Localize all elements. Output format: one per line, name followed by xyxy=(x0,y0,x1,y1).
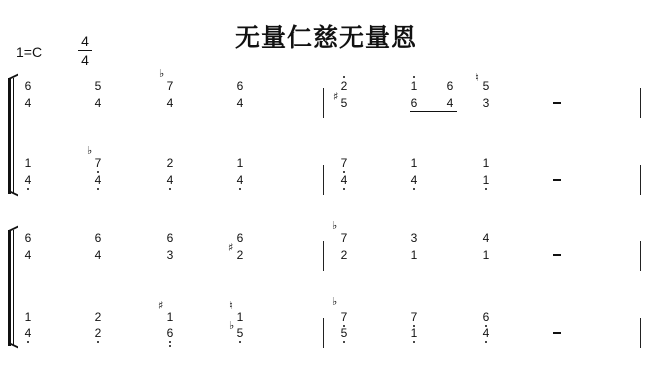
note: 4 xyxy=(234,97,246,109)
octave-dot-icon xyxy=(239,188,241,190)
octave-dot-icon xyxy=(485,188,487,190)
note: 5 xyxy=(92,80,104,92)
note-low: 1 xyxy=(480,174,492,186)
note-low: 7 xyxy=(408,311,420,323)
note-low: 5 xyxy=(338,327,350,339)
note: 3 xyxy=(480,97,492,109)
sustain-dash xyxy=(553,179,561,181)
flat-icon: ♭ xyxy=(332,296,337,307)
octave-dot-icon xyxy=(97,188,99,190)
note-low: 4 xyxy=(408,174,420,186)
flat-icon: ♭ xyxy=(87,145,92,156)
barline xyxy=(323,241,324,271)
note-low: 4 xyxy=(92,174,104,186)
note: 2 xyxy=(92,311,104,323)
note: 1 xyxy=(22,311,34,323)
note: 1 xyxy=(480,249,492,261)
barline xyxy=(323,165,324,195)
note: 5 xyxy=(338,97,350,109)
octave-dot-icon xyxy=(97,341,99,343)
note: 1 xyxy=(408,157,420,169)
note: 6 xyxy=(22,232,34,244)
time-signature-bottom: 4 xyxy=(78,52,92,68)
octave-dot-icon xyxy=(485,341,487,343)
octave-dot-icon xyxy=(413,188,415,190)
note-high: 1 xyxy=(408,80,420,92)
note-low: 4 xyxy=(22,327,34,339)
song-title: 无量仁慈无量恩 xyxy=(0,18,652,54)
flat-icon: ♭ xyxy=(159,68,164,79)
note-low: 4 xyxy=(22,174,34,186)
sustain-dash xyxy=(553,254,561,256)
note: 4 xyxy=(444,97,456,109)
note: 6 xyxy=(92,232,104,244)
note-low: 7 xyxy=(338,311,350,323)
octave-dot-icon xyxy=(27,341,29,343)
note: 4 xyxy=(92,249,104,261)
note: 1 xyxy=(480,157,492,169)
time-signature-top: 4 xyxy=(78,33,92,49)
note: 4 xyxy=(164,97,176,109)
octave-dot-icon xyxy=(413,76,415,78)
note: 1 xyxy=(234,157,246,169)
barline xyxy=(323,88,324,118)
note: 7 xyxy=(164,80,176,92)
note: 1 xyxy=(164,311,176,323)
system-bracket-1 xyxy=(8,78,14,194)
sharp-icon: ♯ xyxy=(228,242,233,253)
note: 6 xyxy=(408,97,420,109)
note-low: 1 xyxy=(408,327,420,339)
note: 3 xyxy=(408,232,420,244)
barline xyxy=(323,318,324,348)
note: 6 xyxy=(22,80,34,92)
note: 2 xyxy=(338,249,350,261)
note: 2 xyxy=(234,249,246,261)
barline-end xyxy=(640,165,641,195)
note: 4 xyxy=(22,249,34,261)
natural-icon: ♮ xyxy=(475,72,479,83)
time-signature: 4 4 xyxy=(78,33,92,68)
barline-end xyxy=(640,88,641,118)
octave-dot-icon xyxy=(343,188,345,190)
time-signature-divider xyxy=(78,50,92,51)
barline-end xyxy=(640,241,641,271)
note-low: 4 xyxy=(234,174,246,186)
octave-dot-icon xyxy=(413,341,415,343)
barline-end xyxy=(640,318,641,348)
note: 3 xyxy=(164,249,176,261)
note-low: 7 xyxy=(92,157,104,169)
eighth-underline xyxy=(410,111,457,112)
note: 4 xyxy=(92,97,104,109)
note-high: 2 xyxy=(338,80,350,92)
note: 1 xyxy=(408,249,420,261)
octave-dot-icon xyxy=(27,188,29,190)
note: 6 xyxy=(234,232,246,244)
octave-dot-icon xyxy=(239,341,241,343)
octave-dot-icon xyxy=(343,341,345,343)
sustain-dash xyxy=(553,102,561,104)
key-signature: 1=C xyxy=(16,44,42,60)
system-bracket-2 xyxy=(8,230,14,346)
note: 1 xyxy=(22,157,34,169)
note: 1 xyxy=(234,311,246,323)
note: 4 xyxy=(22,97,34,109)
note: 4 xyxy=(480,232,492,244)
octave-dot-icon xyxy=(169,188,171,190)
sustain-dash xyxy=(553,332,561,334)
note: 6 xyxy=(444,80,456,92)
note-low: 7 xyxy=(338,157,350,169)
octave-dot-icon xyxy=(169,345,171,347)
octave-dot-icon xyxy=(169,341,171,343)
note-low: 4 xyxy=(338,174,350,186)
sharp-icon: ♯ xyxy=(158,300,163,311)
note: 2 xyxy=(164,157,176,169)
note-lower: 6 xyxy=(164,327,176,339)
flat-icon: ♭ xyxy=(332,220,337,231)
note: 7 xyxy=(338,232,350,244)
note: 5 xyxy=(480,80,492,92)
octave-dot-icon xyxy=(343,76,345,78)
note-low: 5 xyxy=(234,327,246,339)
note-low: 4 xyxy=(480,327,492,339)
note-low: 4 xyxy=(164,174,176,186)
note-low: 6 xyxy=(480,311,492,323)
note: 6 xyxy=(164,232,176,244)
note-low: 2 xyxy=(92,327,104,339)
natural-icon: ♮ xyxy=(229,300,233,311)
note: 6 xyxy=(234,80,246,92)
